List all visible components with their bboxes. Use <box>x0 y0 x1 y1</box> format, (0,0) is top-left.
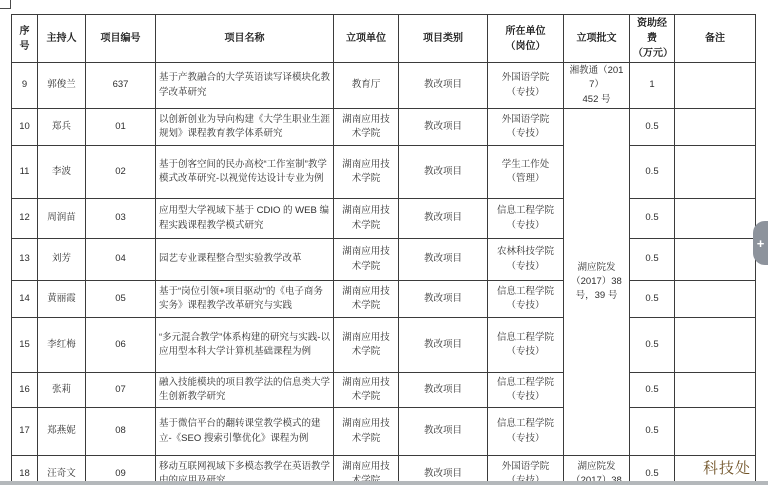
table-row: 12周润苗03应用型大学视域下基于 CDIO 的 WEB 编程实践课程教学模式研… <box>12 199 756 239</box>
cell-org: 湖南应用技 术学院 <box>334 239 399 281</box>
cell-title: 以创新创业为导向构建《大学生职业生涯规划》课程教育教学体系研究 <box>156 109 334 146</box>
cell-fund: 0.5 <box>630 318 675 373</box>
table-row: 15李红梅06“多元混合教学”体系构建的研究与实践-以应用型本科大学计算机基础课… <box>12 318 756 373</box>
table-row: 13刘芳04园艺专业课程整合型实验教学改革湖南应用技 术学院教改项目农林科技学院… <box>12 239 756 281</box>
clipped-previous-row-border-vertical <box>10 0 11 8</box>
cell-no: 17 <box>12 408 38 456</box>
header-cell-1: 主持人 <box>38 15 86 63</box>
cell-title: 基于创客空间的民办高校“工作室制”教学模式改革研究-以视觉传达设计专业为例 <box>156 146 334 199</box>
cell-title: 应用型大学视域下基于 CDIO 的 WEB 编程实践课程教学模式研究 <box>156 199 334 239</box>
cell-no: 15 <box>12 318 38 373</box>
cell-no: 12 <box>12 199 38 239</box>
cell-fund: 0.5 <box>630 109 675 146</box>
cell-org: 湖南应用技 术学院 <box>334 318 399 373</box>
cell-org: 教育厅 <box>334 63 399 109</box>
cell-code: 06 <box>86 318 156 373</box>
header-cell-4: 立项单位 <box>334 15 399 63</box>
cell-note <box>675 63 756 109</box>
cell-no: 16 <box>12 373 38 408</box>
cell-org: 湖南应用技 术学院 <box>334 373 399 408</box>
department-watermark: 科技处 <box>703 457 751 478</box>
cell-category: 教改项目 <box>399 318 488 373</box>
cell-unit: 信息工程学院 （专技） <box>488 199 564 239</box>
cell-category: 教改项目 <box>399 109 488 146</box>
cell-note <box>675 239 756 281</box>
cell-unit: 外国语学院 （专技） <box>488 63 564 109</box>
table-row: 17郑燕妮08基于微信平台的翻转课堂教学模式的建立-《SEO 搜索引擎优化》课程… <box>12 408 756 456</box>
cell-org: 湖南应用技 术学院 <box>334 408 399 456</box>
header-cell-6: 所在单位 （岗位） <box>488 15 564 63</box>
header-cell-3: 项目名称 <box>156 15 334 63</box>
header-cell-5: 项目类别 <box>399 15 488 63</box>
table-row: 16张莉07融入技能模块的项目教学法的信息类大学生创新教学研究湖南应用技 术学院… <box>12 373 756 408</box>
cell-no: 10 <box>12 109 38 146</box>
cell-no: 13 <box>12 239 38 281</box>
cell-note <box>675 109 756 146</box>
cell-code: 02 <box>86 146 156 199</box>
cell-unit: 信息工程学院 （专技） <box>488 281 564 318</box>
table-row: 10郑兵01以创新创业为导向构建《大学生职业生涯规划》课程教育教学体系研究湖南应… <box>12 109 756 146</box>
cell-doc: 湘教通（2017） 452 号 <box>564 63 630 109</box>
cell-fund: 0.5 <box>630 239 675 281</box>
header-cell-9: 备注 <box>675 15 756 63</box>
table-row: 11李波02基于创客空间的民办高校“工作室制”教学模式改革研究-以视觉传达设计专… <box>12 146 756 199</box>
cell-leader: 郑燕妮 <box>38 408 86 456</box>
header-cell-0: 序号 <box>12 15 38 63</box>
cell-leader: 李红梅 <box>38 318 86 373</box>
cell-category: 教改项目 <box>399 63 488 109</box>
cell-title: 基于“岗位引领+项目驱动”的《电子商务实务》课程教学改革研究与实践 <box>156 281 334 318</box>
cell-code: 04 <box>86 239 156 281</box>
table-body: 9郭俊兰637基于产教融合的大学英语读写译模块化教学改革研究教育厅教改项目外国语… <box>12 63 756 485</box>
cell-unit: 外国语学院 （专技） <box>488 109 564 146</box>
cell-org: 湖南应用技 术学院 <box>334 146 399 199</box>
document-page: 序号主持人项目编号项目名称立项单位项目类别所在单位 （岗位）立项批文资助经费 （… <box>0 0 768 485</box>
cell-title: 基于产教融合的大学英语读写译模块化教学改革研究 <box>156 63 334 109</box>
cell-note <box>675 281 756 318</box>
cell-unit: 信息工程学院 （专技） <box>488 318 564 373</box>
cell-unit: 农林科技学院 （专技） <box>488 239 564 281</box>
header-cell-7: 立项批文 <box>564 15 630 63</box>
plus-icon: + <box>757 236 765 251</box>
cell-note <box>675 199 756 239</box>
cell-no: 9 <box>12 63 38 109</box>
cell-leader: 张莉 <box>38 373 86 408</box>
cell-fund: 0.5 <box>630 281 675 318</box>
cell-leader: 郭俊兰 <box>38 63 86 109</box>
header-cell-8: 资助经费 （万元） <box>630 15 675 63</box>
cell-fund: 1 <box>630 63 675 109</box>
cell-fund: 0.5 <box>630 373 675 408</box>
cell-category: 教改项目 <box>399 373 488 408</box>
cell-org: 湖南应用技 术学院 <box>334 281 399 318</box>
cell-note <box>675 318 756 373</box>
cell-title: “多元混合教学”体系构建的研究与实践-以应用型本科大学计算机基础课程为例 <box>156 318 334 373</box>
cell-leader: 郑兵 <box>38 109 86 146</box>
cell-doc: 湖应院发 （2017）38 号，39 号 <box>564 109 630 456</box>
cell-unit: 信息工程学院 （专技） <box>488 373 564 408</box>
expand-side-panel-button[interactable]: + <box>753 221 768 265</box>
cell-note <box>675 146 756 199</box>
table-row: 9郭俊兰637基于产教融合的大学英语读写译模块化教学改革研究教育厅教改项目外国语… <box>12 63 756 109</box>
cell-leader: 刘芳 <box>38 239 86 281</box>
cell-no: 11 <box>12 146 38 199</box>
cell-unit: 学生工作处 （管理） <box>488 146 564 199</box>
cell-no: 14 <box>12 281 38 318</box>
table-row: 14黄丽霞05基于“岗位引领+项目驱动”的《电子商务实务》课程教学改革研究与实践… <box>12 281 756 318</box>
projects-table: 序号主持人项目编号项目名称立项单位项目类别所在单位 （岗位）立项批文资助经费 （… <box>11 14 756 485</box>
clipped-previous-row-border-horizontal <box>0 8 11 9</box>
cell-title: 融入技能模块的项目教学法的信息类大学生创新教学研究 <box>156 373 334 408</box>
cell-code: 03 <box>86 199 156 239</box>
cell-leader: 李波 <box>38 146 86 199</box>
cell-category: 教改项目 <box>399 281 488 318</box>
cell-fund: 0.5 <box>630 408 675 456</box>
cell-fund: 0.5 <box>630 199 675 239</box>
cell-title: 基于微信平台的翻转课堂教学模式的建立-《SEO 搜索引擎优化》课程为例 <box>156 408 334 456</box>
cell-title: 园艺专业课程整合型实验教学改革 <box>156 239 334 281</box>
cell-code: 01 <box>86 109 156 146</box>
table-header-row: 序号主持人项目编号项目名称立项单位项目类别所在单位 （岗位）立项批文资助经费 （… <box>12 15 756 63</box>
cell-leader: 周润苗 <box>38 199 86 239</box>
cell-note <box>675 373 756 408</box>
cell-note <box>675 408 756 456</box>
cell-leader: 黄丽霞 <box>38 281 86 318</box>
cell-code: 07 <box>86 373 156 408</box>
cell-code: 05 <box>86 281 156 318</box>
cell-fund: 0.5 <box>630 146 675 199</box>
cell-category: 教改项目 <box>399 146 488 199</box>
cell-category: 教改项目 <box>399 408 488 456</box>
cell-org: 湖南应用技 术学院 <box>334 199 399 239</box>
cell-code: 637 <box>86 63 156 109</box>
bottom-edge-strip <box>0 481 768 485</box>
cell-category: 教改项目 <box>399 239 488 281</box>
header-cell-2: 项目编号 <box>86 15 156 63</box>
cell-code: 08 <box>86 408 156 456</box>
cell-category: 教改项目 <box>399 199 488 239</box>
cell-unit: 信息工程学院 （专技） <box>488 408 564 456</box>
cell-org: 湖南应用技 术学院 <box>334 109 399 146</box>
